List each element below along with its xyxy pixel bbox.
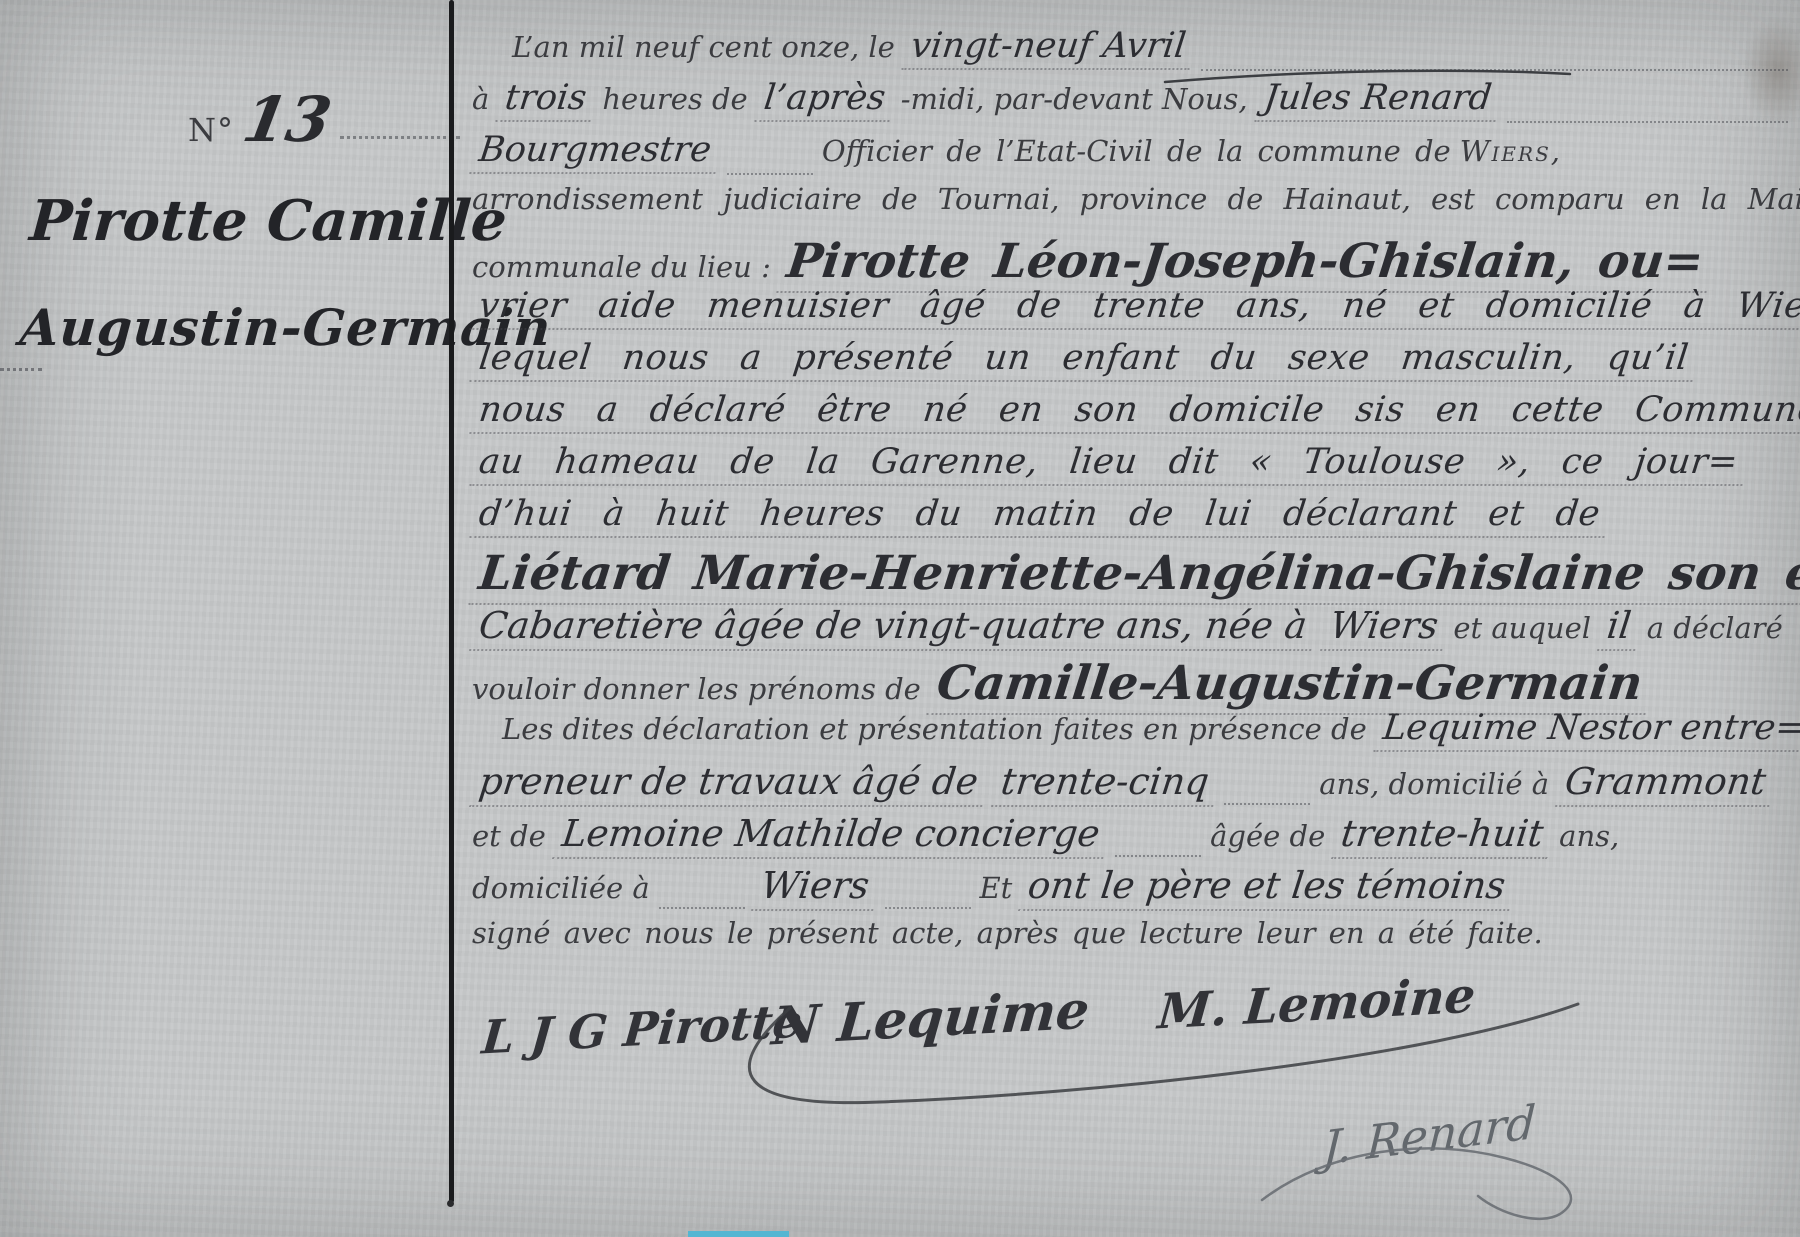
handwritten-entry: Lequime Nestor entre= [1373,708,1800,752]
dotted-leader [727,157,813,175]
handwritten-entry: nous a déclaré être né en son domicile s… [469,390,1800,434]
margin-edge-dots [0,368,42,371]
handwritten-entry: Cabaretière âgée de vingt-quatre ans, né… [469,604,1316,651]
dotted-leader [659,891,745,909]
birth-certificate-scan-page: N° 13 Pirotte Camille Augustin-Germain L… [0,0,1800,1237]
doc-line-9: au hameau de la Garenne, lieu dit « Toul… [472,442,1788,494]
handwritten-entry: Pirotte Léon-Joseph-Ghislain, ou= [776,234,1713,293]
doc-line-6: vrier aide menuisier âgé de trente ans, … [472,286,1788,338]
printed-form-text: L’an mil neuf cent onze, le [512,30,895,64]
handwritten-entry: trois [496,78,596,122]
handwritten-entry: vingt-neuf Avril [901,26,1195,70]
handwritten-entry: vrier aide menuisier âgé de trente ans, … [469,286,1800,330]
handwritten-entry: il [1597,604,1640,651]
margin-rule [449,0,454,1203]
dotted-leader [1507,105,1788,123]
doc-line-1: L’an mil neuf cent onze, levingt-neuf Av… [472,26,1788,78]
doc-line-17: domiciliée àWiersEtont le père et les té… [472,864,1788,916]
printed-form-text: Les dites déclaration et présentation fa… [502,712,1367,746]
margin-child-name-line-1: Pirotte Camille [28,188,509,254]
printed-form-text: heures de [602,82,747,116]
printed-form-text: âgée de [1210,819,1325,853]
handwritten-entry: l’après [754,78,894,122]
printed-form-text: Officier de l’Etat-Civil de la commune d… [822,134,1451,168]
doc-line-11: Liétard Marie-Henriette-Angélina-Ghislai… [472,546,1788,604]
dotted-leader [340,136,460,139]
signature-officer: J. Renard [1321,1095,1537,1176]
dotted-leader [1201,53,1788,71]
handwritten-entry: d’hui à huit heures du matin de lui décl… [469,494,1609,538]
handwritten-entry: ont le père et les témoins [1018,864,1515,911]
doc-line-15: preneur de travaux âgé detrente-cinqans,… [472,760,1788,812]
handwritten-entry: Jules Renard [1254,78,1501,122]
doc-line-13: vouloir donner les prénoms deCamille-Aug… [472,656,1788,708]
handwritten-entry: preneur de travaux âgé de [469,760,987,807]
printed-form-text: vouloir donner les prénoms de [472,672,921,706]
handwritten-entry: Wiers [751,864,879,911]
dotted-leader [885,891,971,909]
printed-form-text: et de [472,819,546,853]
doc-line-8: nous a déclaré être né en son domicile s… [472,390,1788,442]
printed-form-text: Et [980,871,1013,905]
doc-line-16: et deLemoine Mathilde conciergeâgée detr… [472,812,1788,864]
printed-form-text: signé avec nous le présent acte, après q… [472,916,1543,950]
printed-form-text: Wiers, [1460,134,1562,168]
document-body-lines: L’an mil neuf cent onze, levingt-neuf Av… [472,26,1788,968]
printed-form-text: domiciliée à [472,871,650,905]
signature-father: L J G Pirotte [480,993,805,1064]
dotted-leader [1224,787,1310,805]
signature-witness-1: N Lequime [770,980,1092,1058]
handwritten-entry: Wiers [1320,604,1448,651]
doc-line-18: signé avec nous le présent acte, après q… [472,916,1788,968]
handwritten-entry: Grammont [1555,760,1775,807]
scanner-artifact-bar [688,1231,789,1237]
handwritten-entry: Bourgmestre [469,130,720,174]
printed-form-text: -midi, par-devant Nous, [901,82,1248,116]
handwritten-entry: trente-cinq [991,760,1218,807]
printed-form-text: a déclaré [1647,611,1783,645]
act-number: N° 13 [188,92,460,149]
act-number-value: 13 [239,92,335,148]
printed-form-text: arrondissement judiciaire de Tournai, pr… [472,182,1800,216]
handwritten-entry: Lemoine Mathilde concierge [552,812,1109,859]
doc-line-2: àtroisheures del’après-midi, par-devant … [472,78,1788,130]
printed-form-text: communale du lieu : [472,250,771,284]
doc-line-14: Les dites déclaration et présentation fa… [472,708,1788,760]
handwritten-entry: lequel nous a présenté un enfant du sexe… [469,338,1698,382]
handwritten-entry: au hameau de la Garenne, lieu dit « Toul… [469,442,1747,486]
doc-line-7: lequel nous a présenté un enfant du sexe… [472,338,1788,390]
doc-line-12: Cabaretière âgée de vingt-quatre ans, né… [472,604,1788,656]
printed-form-text: ans, [1559,819,1619,853]
printed-form-text: ans, domicilié à [1319,767,1549,801]
doc-line-4: arrondissement judiciaire de Tournai, pr… [472,182,1788,234]
doc-line-5: communale du lieu :Pirotte Léon-Joseph-G… [472,234,1788,286]
handwritten-entry: trente-huit [1331,812,1553,859]
printed-form-text: à [472,82,489,116]
doc-line-3: BourgmestreOfficier de l’Etat-Civil de l… [472,130,1788,182]
dotted-leader [1115,839,1201,857]
handwritten-entry: Liétard Marie-Henriette-Angélina-Ghislai… [468,546,1800,605]
printed-form-text: et auquel [1453,611,1591,645]
handwritten-entry: Camille-Augustin-Germain [926,656,1652,715]
signature-witness-2: M. Lemoine [1156,968,1478,1041]
act-number-label: N° [188,111,234,149]
doc-line-10: d’hui à huit heures du matin de lui décl… [472,494,1788,546]
